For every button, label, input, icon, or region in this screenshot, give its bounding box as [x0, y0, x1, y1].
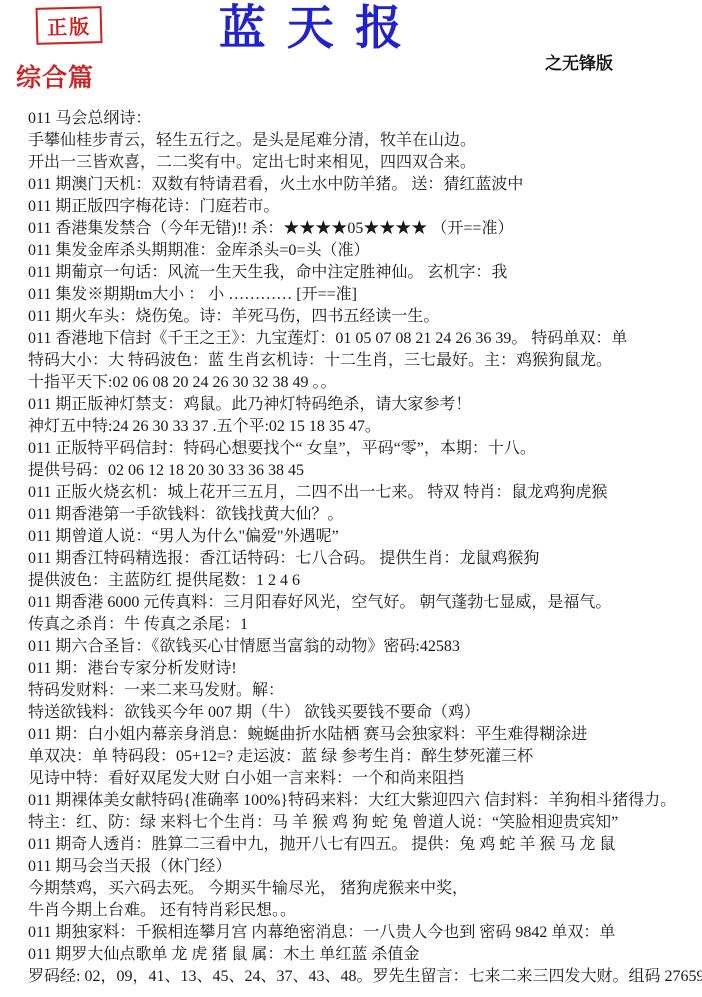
report-line: 011 期马会当天报（休门经） — [28, 856, 700, 878]
report-line: 011 期：白小姐内幕亲身消息：蜿蜒曲折水陆栖 赛马会独家料：平生难得糊涂进 — [28, 724, 700, 746]
report-line: 011 香港集发禁合（今年无错)!! 杀：★★★★05★★★★ （开==准） — [28, 218, 700, 240]
report-line: 011 期葡京一句话：风流一生天生我，命中注定胜神仙。 玄机字：我 — [28, 262, 700, 284]
report-line: 开出一三皆欢喜，二二奖有中。定出七时来相见，四四双合来。 — [28, 152, 700, 174]
report-line: 011 期奇人透肖：胜算二三看中九，抛开八七有四五。 提供：兔 鸡 蛇 羊 猴 … — [28, 834, 700, 856]
report-line: 011 期香港第一手欲钱料：欲钱找黄大仙？。 — [28, 504, 700, 526]
report-line: 今期禁鸡，买六码去死。 今期买牛输尽光， 猪狗虎猴来中奖， — [28, 878, 700, 900]
report-line: 手攀仙桂步青云，轻生五行之。是头是尾难分清，牧羊在山边。 — [28, 130, 700, 152]
edition-label: 之无锋版 — [545, 49, 613, 74]
report-line: 特码发财料：一来二来马发财。解： — [28, 680, 700, 702]
report-line: 011 集发※期期tm大小 ： 小 ………… [开==准] — [28, 284, 700, 306]
report-line: 单双决：单 特码段：05+12=? 走运波：蓝 绿 参考生肖：醉生梦死灌三杯 — [28, 746, 700, 768]
report-line: 011 期独家料：千猴相连攀月宫 内幕绝密消息：一八贵人今也到 密码 9842 … — [28, 922, 700, 944]
report-line: 神灯五中特:24 26 30 33 37 .五个平:02 15 18 35 47… — [28, 416, 700, 438]
report-line: 提供波色：主蓝防红 提供尾数：1 2 4 6 — [28, 570, 700, 592]
report-line: 罗码经: 02，09，41、13、45、24、37、43、48。罗先生留言：七来… — [28, 966, 700, 988]
report-line: 011 集发金库杀头期期准：金库杀头=0=头（准） — [28, 240, 700, 262]
report-line: 011 期正版四字梅花诗：门庭若市。 — [28, 196, 700, 218]
report-line: 011 期正版神灯禁支：鸡鼠。此乃神灯特码绝杀，请大家参考！ — [28, 394, 700, 416]
report-line: 011 期香江特码精选报：香江话特码：七八合码。 提供生肖：龙鼠鸡猴狗 — [28, 548, 700, 570]
section-title: 综合篇 — [16, 58, 94, 94]
report-line: 011 期曾道人说：“男人为什么"偏爱"外遇呢” — [28, 526, 700, 548]
report-line: 牛肖今期上台难。 还有特肖彩民想。。 — [28, 900, 700, 922]
report-line: 011 期裸体美女献特码{准确率 100%}特码来料：大红大紫迎四六 信封料：羊… — [28, 790, 700, 812]
report-line: 011 正版火烧玄机：城上花开三五月，二四不出一七来。 特双 特肖：鼠龙鸡狗虎猴 — [28, 482, 700, 504]
report-line: 011 期六合圣旨：《欲钱买心甘情愿当富翁的动物》密码:42583 — [28, 636, 700, 658]
report-line: 传真之杀肖：牛 传真之杀尾：1 — [28, 614, 700, 636]
report-line: 011 期罗大仙点歌单 龙 虎 猪 鼠 属：木土 单红蓝 杀值金 — [28, 944, 700, 966]
report-line: 011 期火车头：烧伤兔。诗：羊死马伤，四书五经读一生。 — [28, 306, 700, 328]
report-line: 特送欲钱料：欲钱买今年 007 期（牛） 欲钱买要钱不要命（鸡） — [28, 702, 700, 724]
report-line: 011 期：港台专家分析发财诗! — [28, 658, 700, 680]
report-line: 十指平天下:02 06 08 20 24 26 30 32 38 49 。。 — [28, 372, 700, 394]
report-line: 011 香港地下信封《千王之王》：九宝莲灯：01 05 07 08 21 24 … — [28, 328, 700, 350]
report-line: 见诗中特：看好双尾发大财 白小姐一言来料：一个和尚来阻挡 — [28, 768, 700, 790]
report-line: 011 正版特平码信封：特码心想要找个“ 女皇”，平码“零”，本期：十八。 — [28, 438, 700, 460]
report-body: 011 马会总纲诗：手攀仙桂步青云，轻生五行之。是头是尾难分清，牧羊在山边。开出… — [28, 108, 700, 988]
newspaper-page: 正版 蓝天报 之无锋版 综合篇 011 马会总纲诗：手攀仙桂步青云，轻生五行之。… — [0, 0, 702, 997]
report-line: 011 期香港 6000 元传真料：三月阳春好风光，空气好。 朝气蓬勃七显威，是… — [28, 592, 700, 614]
report-line: 011 马会总纲诗： — [28, 108, 700, 130]
report-line: 011 期澳门天机：双数有特请君看，火土水中防羊猪。 送：猜红蓝波中 — [28, 174, 700, 196]
report-line: 提供号码：02 06 12 18 20 30 33 36 38 45 — [28, 460, 700, 482]
report-line: 特主：红、防：绿 来料七个生肖：马 羊 猴 鸡 狗 蛇 兔 曾道人说：“笑脸相迎… — [28, 812, 700, 834]
report-line: 特码大小：大 特码波色：蓝 生肖玄机诗：十二生肖，三七最好。主：鸡猴狗鼠龙。 — [28, 350, 700, 372]
